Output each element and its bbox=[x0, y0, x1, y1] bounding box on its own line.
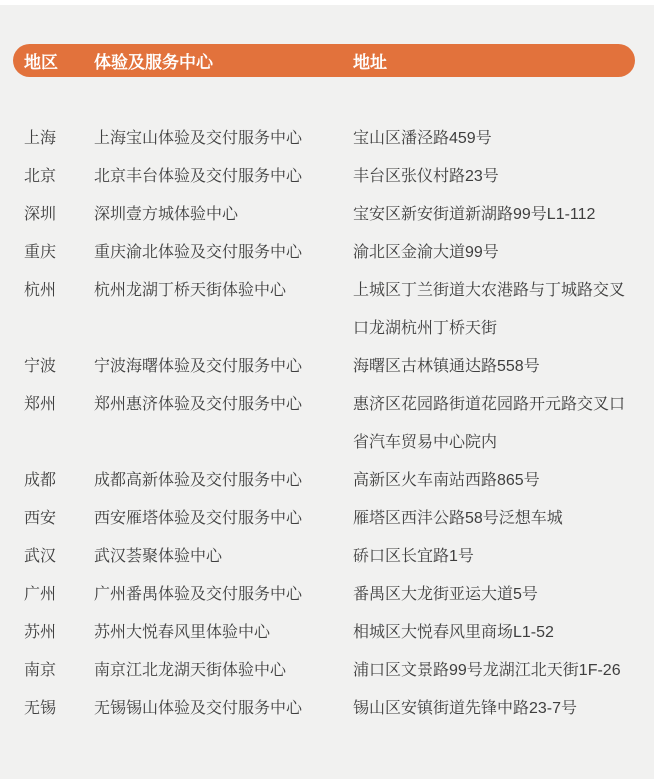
address-cell: 惠济区花园路街道花园路开元路交叉口省汽车贸易中心院内 bbox=[353, 386, 635, 462]
region-cell: 重庆 bbox=[0, 234, 94, 272]
region-cell: 无锡 bbox=[0, 690, 94, 728]
region-cell: 上海 bbox=[0, 120, 94, 158]
region-cell: 南京 bbox=[0, 652, 94, 690]
center-name-cell: 西安雁塔体验及交付服务中心 bbox=[94, 500, 353, 538]
center-name-cell: 郑州惠济体验及交付服务中心 bbox=[94, 386, 353, 424]
address-cell: 上城区丁兰街道大农港路与丁城路交叉口龙湖杭州丁桥天街 bbox=[353, 272, 635, 348]
address-cell: 宝安区新安街道新湖路99号L1-112 bbox=[353, 196, 635, 234]
table-row: 深圳深圳壹方城体验中心宝安区新安街道新湖路99号L1-112 bbox=[0, 196, 654, 234]
store-list-page: 地区 体验及服务中心 地址 上海上海宝山体验及交付服务中心宝山区潘泾路459号北… bbox=[0, 0, 654, 779]
center-name-cell: 宁波海曙体验及交付服务中心 bbox=[94, 348, 353, 386]
address-cell: 硚口区长宜路1号 bbox=[353, 538, 635, 576]
table-row: 广州广州番禺体验及交付服务中心番禺区大龙街亚运大道5号 bbox=[0, 576, 654, 614]
center-name-cell: 成都高新体验及交付服务中心 bbox=[94, 462, 353, 500]
region-cell: 杭州 bbox=[0, 272, 94, 310]
table-row: 无锡无锡锡山体验及交付服务中心锡山区安镇街道先锋中路23-7号 bbox=[0, 690, 654, 728]
table-body: 上海上海宝山体验及交付服务中心宝山区潘泾路459号北京北京丰台体验及交付服务中心… bbox=[0, 77, 654, 728]
table-row: 西安西安雁塔体验及交付服务中心雁塔区西沣公路58号泛想车城 bbox=[0, 500, 654, 538]
center-name-cell: 苏州大悦春风里体验中心 bbox=[94, 614, 353, 652]
region-cell: 深圳 bbox=[0, 196, 94, 234]
table-row: 杭州杭州龙湖丁桥天街体验中心上城区丁兰街道大农港路与丁城路交叉口龙湖杭州丁桥天街 bbox=[0, 272, 654, 348]
center-name-cell: 深圳壹方城体验中心 bbox=[94, 196, 353, 234]
table-row: 北京北京丰台体验及交付服务中心丰台区张仪村路23号 bbox=[0, 158, 654, 196]
table-row: 南京南京江北龙湖天街体验中心浦口区文景路99号龙湖江北天街1F-26 bbox=[0, 652, 654, 690]
column-header-center: 体验及服务中心 bbox=[94, 48, 353, 73]
address-cell: 渝北区金渝大道99号 bbox=[353, 234, 635, 272]
address-cell: 浦口区文景路99号龙湖江北天街1F-26 bbox=[353, 652, 635, 690]
table-row: 武汉武汉荟聚体验中心硚口区长宜路1号 bbox=[0, 538, 654, 576]
center-name-cell: 南京江北龙湖天街体验中心 bbox=[94, 652, 353, 690]
table-row: 郑州郑州惠济体验及交付服务中心惠济区花园路街道花园路开元路交叉口省汽车贸易中心院… bbox=[0, 386, 654, 462]
center-name-cell: 杭州龙湖丁桥天街体验中心 bbox=[94, 272, 353, 310]
address-cell: 雁塔区西沣公路58号泛想车城 bbox=[353, 500, 635, 538]
address-cell: 宝山区潘泾路459号 bbox=[353, 120, 635, 158]
region-cell: 郑州 bbox=[0, 386, 94, 424]
table-header-bar: 地区 体验及服务中心 地址 bbox=[13, 44, 635, 77]
table-row: 成都成都高新体验及交付服务中心高新区火车南站西路865号 bbox=[0, 462, 654, 500]
table-row: 上海上海宝山体验及交付服务中心宝山区潘泾路459号 bbox=[0, 120, 654, 158]
address-cell: 番禺区大龙街亚运大道5号 bbox=[353, 576, 635, 614]
column-header-address: 地址 bbox=[353, 48, 635, 73]
address-cell: 高新区火车南站西路865号 bbox=[353, 462, 635, 500]
region-cell: 武汉 bbox=[0, 538, 94, 576]
address-cell: 丰台区张仪村路23号 bbox=[353, 158, 635, 196]
region-cell: 苏州 bbox=[0, 614, 94, 652]
center-name-cell: 无锡锡山体验及交付服务中心 bbox=[94, 690, 353, 728]
table-row: 苏州苏州大悦春风里体验中心相城区大悦春风里商场L1-52 bbox=[0, 614, 654, 652]
region-cell: 西安 bbox=[0, 500, 94, 538]
center-name-cell: 北京丰台体验及交付服务中心 bbox=[94, 158, 353, 196]
center-name-cell: 重庆渝北体验及交付服务中心 bbox=[94, 234, 353, 272]
region-cell: 宁波 bbox=[0, 348, 94, 386]
center-name-cell: 上海宝山体验及交付服务中心 bbox=[94, 120, 353, 158]
address-cell: 海曙区古林镇通达路558号 bbox=[353, 348, 635, 386]
table-row: 重庆重庆渝北体验及交付服务中心渝北区金渝大道99号 bbox=[0, 234, 654, 272]
address-cell: 锡山区安镇街道先锋中路23-7号 bbox=[353, 690, 635, 728]
table-row: 宁波宁波海曙体验及交付服务中心海曙区古林镇通达路558号 bbox=[0, 348, 654, 386]
region-cell: 广州 bbox=[0, 576, 94, 614]
column-header-region: 地区 bbox=[13, 48, 94, 73]
address-cell: 相城区大悦春风里商场L1-52 bbox=[353, 614, 635, 652]
center-name-cell: 广州番禺体验及交付服务中心 bbox=[94, 576, 353, 614]
page-background: 地区 体验及服务中心 地址 上海上海宝山体验及交付服务中心宝山区潘泾路459号北… bbox=[0, 5, 654, 779]
region-cell: 成都 bbox=[0, 462, 94, 500]
region-cell: 北京 bbox=[0, 158, 94, 196]
center-name-cell: 武汉荟聚体验中心 bbox=[94, 538, 353, 576]
